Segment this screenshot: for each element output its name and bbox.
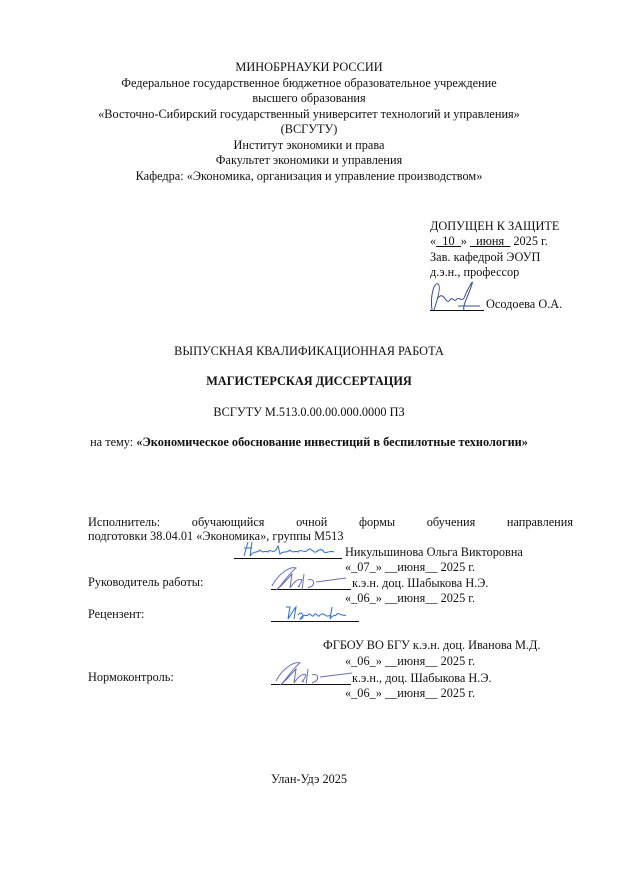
- institution-line2: высшего образования: [0, 91, 618, 105]
- date-quote-close: »: [461, 234, 470, 248]
- supervisor-label: Руководитель работы:: [88, 575, 203, 589]
- topic-prefix: на тему:: [90, 435, 136, 449]
- document-code: ВСГУТУ М.513.0.00.00.000.0000 ПЗ: [0, 405, 618, 419]
- reviewer-name: ФГБОУ ВО БГУ к.э.н. доц. Иванова М.Д.: [323, 638, 541, 652]
- university-name: «Восточно-Сибирский государственный унив…: [0, 107, 618, 121]
- institution-line1: Федеральное государственное бюджетное об…: [0, 76, 618, 90]
- work-type: ВЫПУСКНАЯ КВАЛИФИКАЦИОННАЯ РАБОТА: [0, 344, 618, 358]
- approval-year: 2025 г.: [510, 234, 547, 248]
- executor-signature: [240, 538, 340, 560]
- ministry-title: МИНОБРНАУКИ РОССИИ: [0, 60, 618, 74]
- reviewer-label: Рецензент:: [88, 607, 144, 621]
- reviewer-date: «_06_» __июня__ 2025 г.: [345, 654, 475, 668]
- thesis-type: МАГИСТЕРСКАЯ ДИССЕРТАЦИЯ: [0, 374, 618, 388]
- department-name: Кафедра: «Экономика, организация и управ…: [0, 169, 618, 183]
- normcontrol-name: к.э.н., доц. Шабыкова Н.Э.: [352, 671, 492, 685]
- approval-title: ДОПУЩЕН К ЗАЩИТЕ: [430, 219, 559, 233]
- supervisor-signature: [268, 564, 350, 594]
- executor-line1: Исполнитель: обучающийся очной формы обу…: [88, 515, 573, 529]
- approval-day: _10_: [436, 234, 461, 248]
- executor-name: Никульшинова Ольга Викторовна: [345, 545, 523, 559]
- institute-name: Институт экономики и права: [0, 138, 618, 152]
- approval-month: _июня_: [470, 234, 510, 248]
- executor-date: «_07_» __июня__ 2025 г.: [345, 560, 475, 574]
- normcontrol-date: «_06_» __июня__ 2025 г.: [345, 686, 475, 700]
- supervisor-date: «_06_» __июня__ 2025 г.: [345, 591, 475, 605]
- approval-name: Осодоева О.А.: [486, 297, 562, 311]
- faculty-name: Факультет экономики и управления: [0, 153, 618, 167]
- city-year: Улан-Удэ 2025: [0, 772, 618, 786]
- normcontrol-signature: [272, 659, 354, 689]
- topic-title: «Экономическое обоснование инвестиций в …: [136, 435, 528, 449]
- supervisor-name: к.э.н. доц. Шабыкова Н.Э.: [352, 576, 488, 590]
- thesis-topic: на тему: «Экономическое обоснование инве…: [0, 435, 618, 449]
- approval-date: «_10_» _июня_ 2025 г.: [430, 234, 548, 248]
- approval-signature: [428, 276, 488, 316]
- university-abbr: (ВСГУТУ): [0, 122, 618, 136]
- approval-position: Зав. кафедрой ЭОУП: [430, 250, 540, 264]
- normcontrol-label: Нормоконтроль:: [88, 670, 174, 684]
- reviewer-signature: [284, 603, 348, 623]
